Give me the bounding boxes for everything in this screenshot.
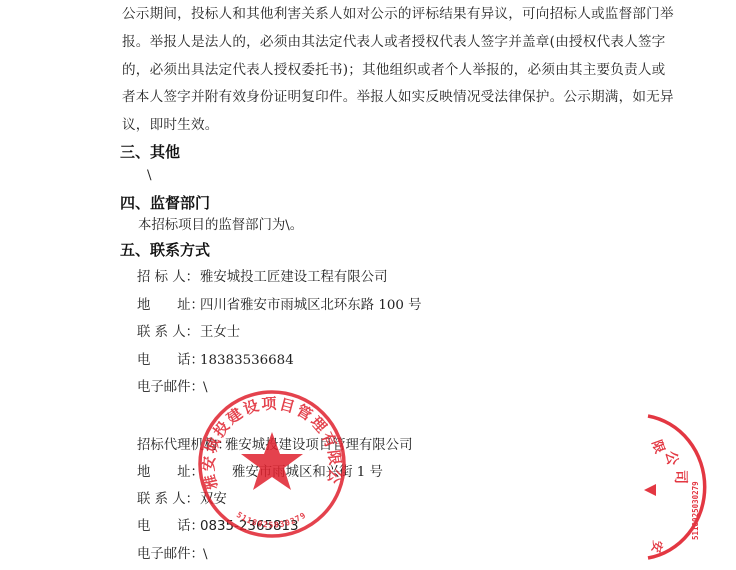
svg-text:公: 公: [662, 450, 680, 468]
tenderer-row-address: 地 址： 四川省雅安市雨城区北环东路 100 号: [137, 298, 204, 314]
field-label: 电子邮件：: [137, 547, 204, 563]
tenderer-seal-stamp-partial: 限 公 司 安 5118025030279: [644, 412, 724, 562]
notice-line: 报。举报人是法人的，必须由其法定代表人或者授权代表人签字并盖章(由授权代表人签字: [122, 34, 665, 50]
tenderer-row-email: 电子邮件： \: [137, 380, 204, 396]
svg-text:5118025030279: 5118025030279: [691, 481, 700, 540]
agency-phone: 0835-2365813: [200, 519, 299, 535]
section-heading-contact: 五、联系方式: [120, 241, 210, 259]
section-content-other: \: [147, 168, 152, 184]
agency-row-address: 地 址： 雅安市雨城区和兴街 1 号: [137, 465, 204, 481]
section-heading-other: 三、其他: [120, 143, 180, 161]
agency-row-email: 电子邮件： \: [137, 547, 204, 563]
tenderer-email: \: [203, 380, 208, 396]
tenderer-row-phone: 电 话： 18383536684: [137, 353, 204, 369]
tenderer-phone: 18383536684: [200, 353, 294, 369]
tenderer-name: 雅安城投工匠建设工程有限公司: [200, 270, 387, 286]
field-label: 地 址：: [137, 465, 204, 481]
agency-address: 雅安市雨城区和兴街 1 号: [232, 465, 383, 481]
field-label: 联 系 人：: [137, 325, 199, 341]
notice-line: 的，必须出具法定代表人授权委托书)；其他组织或者个人举报的，必须由其主要负责人或: [122, 62, 665, 78]
notice-line: 公示期间，投标人和其他利害关系人如对公示的评标结果有异议，可向招标人或监督部门举: [122, 6, 674, 22]
svg-text:司: 司: [672, 470, 689, 484]
field-label: 电子邮件：: [137, 380, 204, 396]
field-label: 电 话：: [137, 519, 204, 535]
svg-text:安: 安: [649, 539, 666, 553]
section-heading-supervision: 四、监督部门: [120, 194, 210, 212]
agency-seal-stamp: 雅安城投建设项目管理有限公司 5118025030279: [196, 388, 348, 540]
tenderer-contact-person: 王女士: [200, 325, 240, 341]
agency-email: \: [203, 547, 208, 563]
agency-row-contact: 联 系 人： 双安: [137, 492, 199, 508]
agency-row-name: 招标代理机构： 雅安城投建设项目管理有限公司: [137, 438, 231, 454]
tenderer-row-name: 招 标 人： 雅安城投工匠建设工程有限公司: [137, 270, 199, 286]
notice-line: 者本人签字并附有效身份证明复印件。举报人如实反映情况受法律保护。公示期满，如无异: [122, 89, 674, 105]
agency-row-phone: 电 话： 0835-2365813: [137, 519, 204, 535]
field-label: 地 址：: [137, 298, 204, 314]
field-label: 联 系 人：: [137, 492, 199, 508]
tenderer-row-contact: 联 系 人： 王女士: [137, 325, 199, 341]
document-page: 公示期间，投标人和其他利害关系人如对公示的评标结果有异议，可向招标人或监督部门举…: [0, 0, 736, 570]
tenderer-address: 四川省雅安市雨城区北环东路 100 号: [200, 298, 422, 314]
agency-contact-person: 双安: [200, 492, 227, 508]
section-content-supervision: 本招标项目的监督部门为\。: [138, 218, 303, 234]
agency-name: 雅安城投建设项目管理有限公司: [225, 438, 412, 454]
svg-text:限: 限: [648, 438, 667, 455]
star-fragment-icon: [644, 484, 656, 496]
field-label: 电 话：: [137, 353, 204, 369]
notice-line: 议，即时生效。: [122, 117, 219, 133]
field-label: 招 标 人：: [137, 270, 199, 286]
field-label: 招标代理机构：: [137, 438, 231, 454]
